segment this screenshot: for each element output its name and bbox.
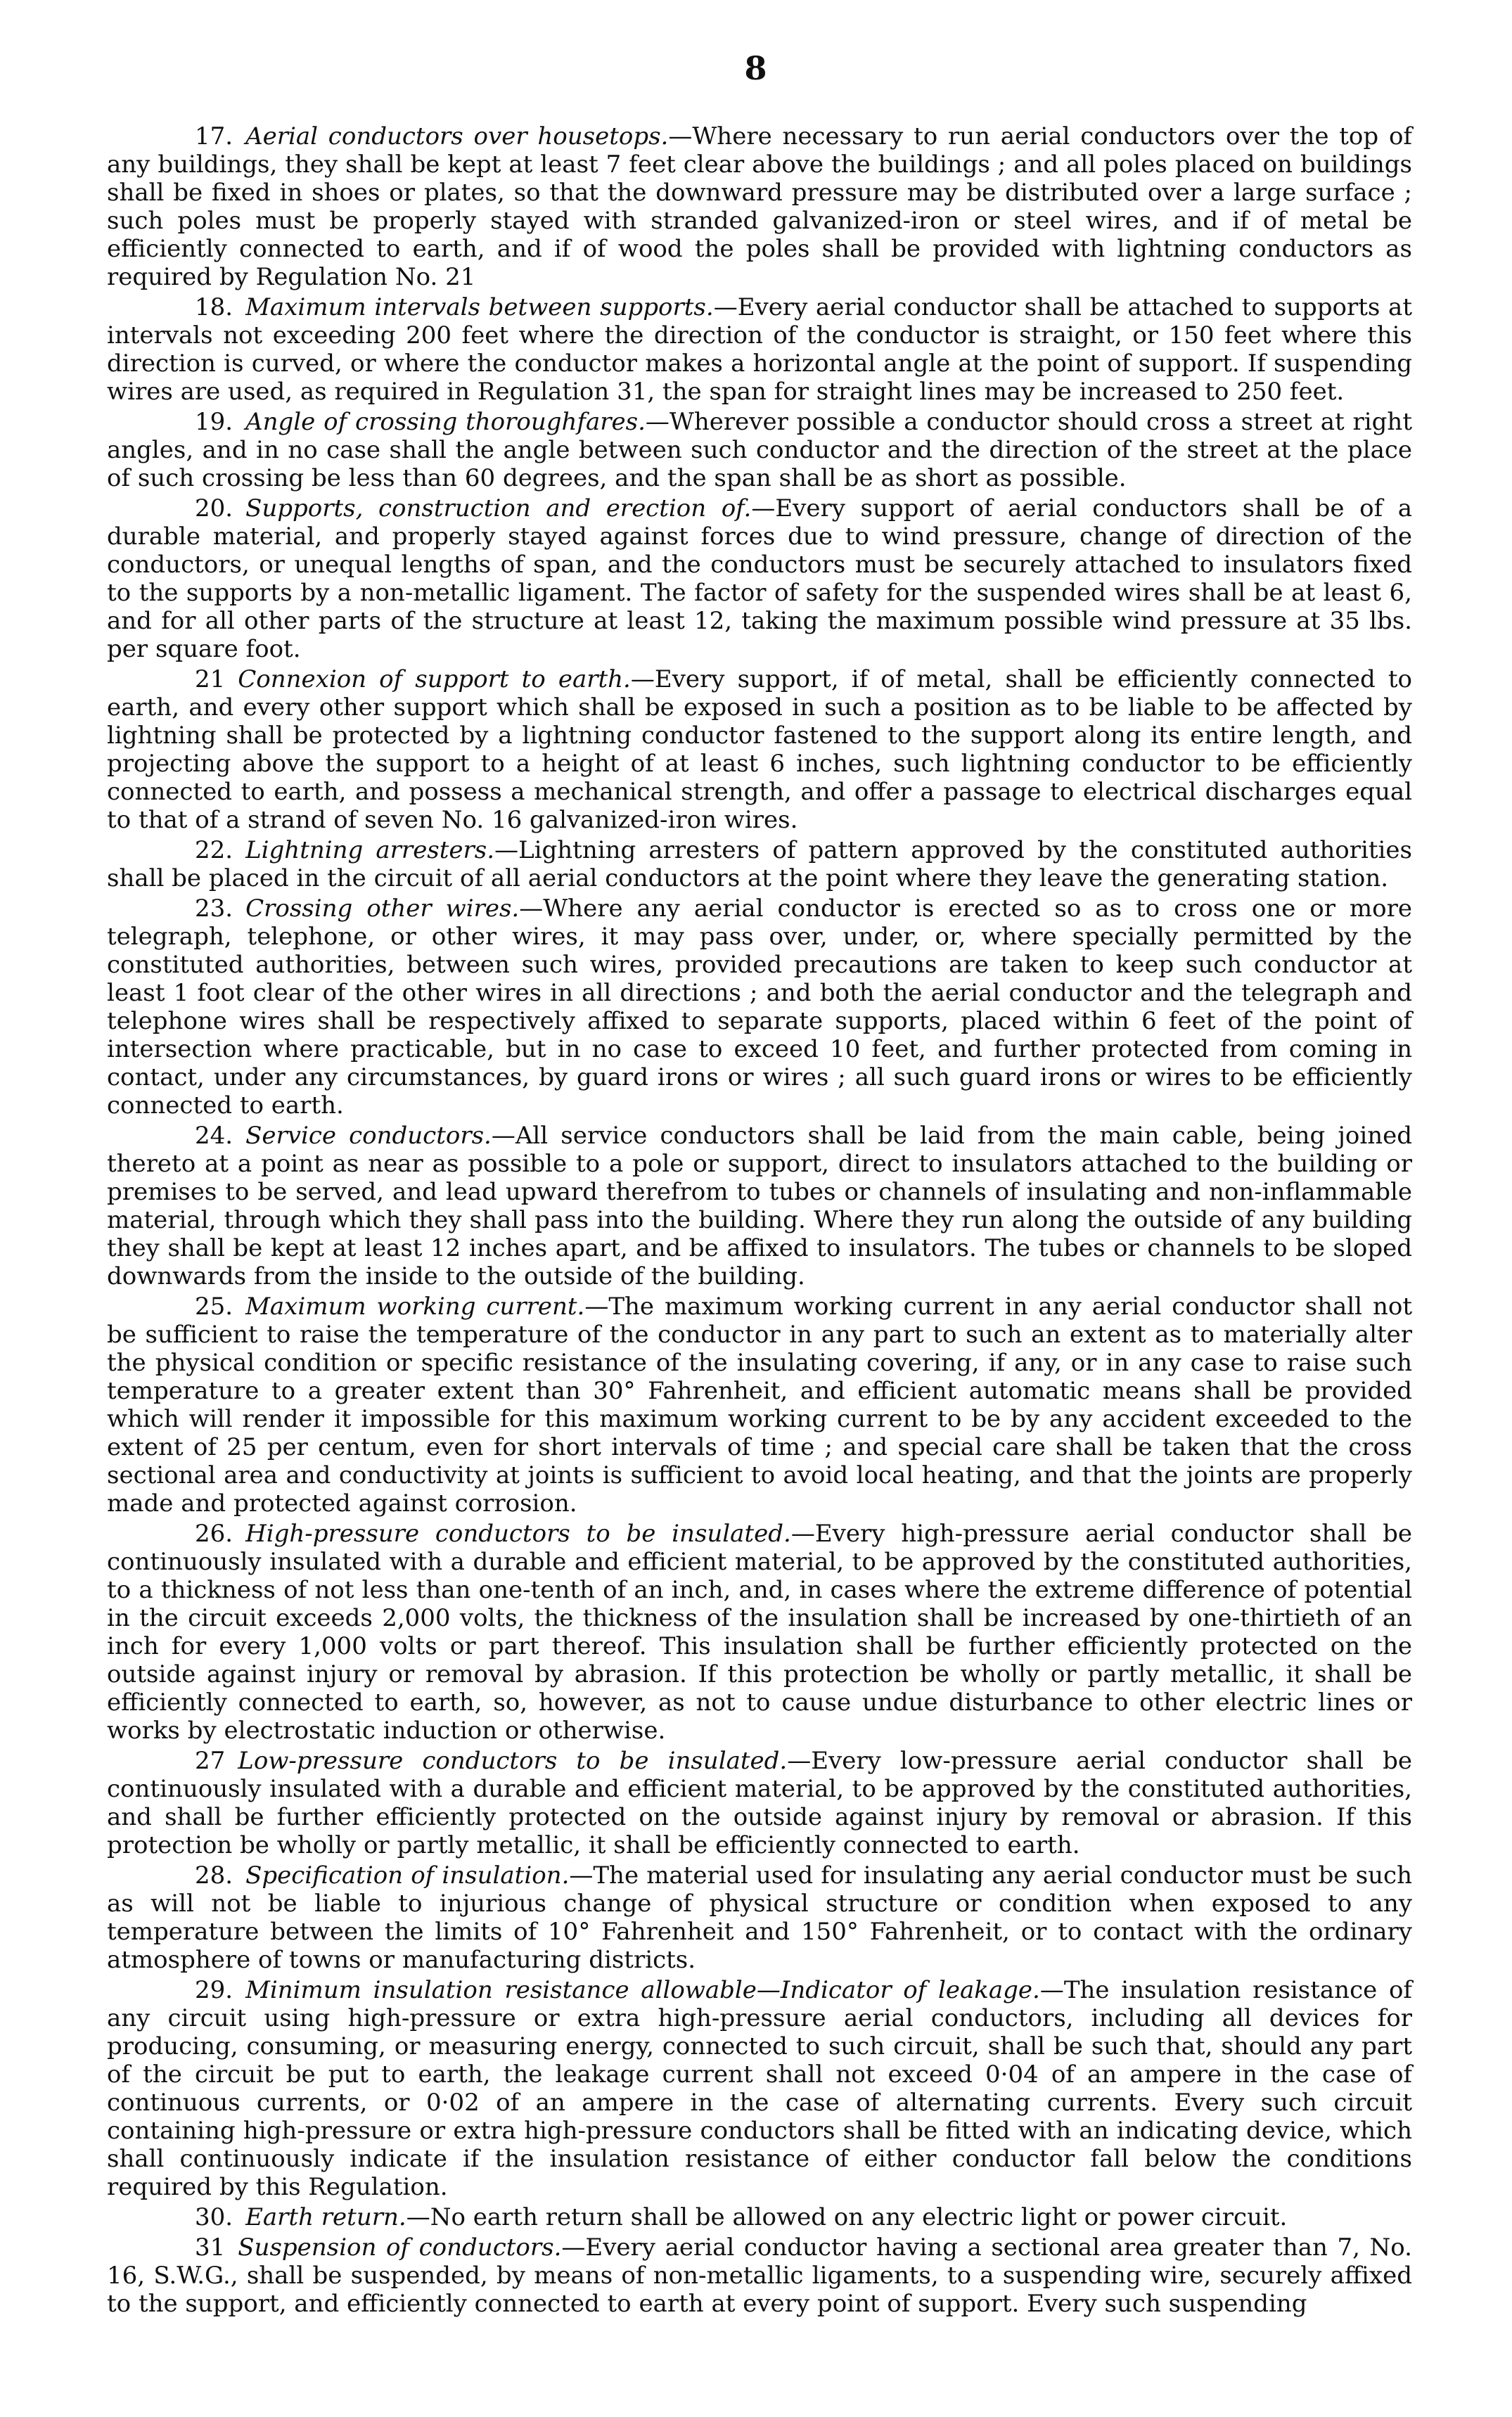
regulation-number: 21 [195, 665, 225, 693]
page-number: 8 [0, 49, 1512, 87]
regulation-17: 17.Aerial conductors over housetops.—Whe… [107, 122, 1412, 291]
regulation-title: Earth return. [245, 2203, 406, 2231]
regulation-title: Supports, construction and erection of. [245, 494, 751, 522]
regulation-number: 18. [195, 293, 233, 321]
regulation-title: Minimum insulation resistance allowable—… [245, 1976, 1040, 2004]
regulation-18: 18.Maximum intervals between supports.—E… [107, 293, 1412, 406]
regulation-title: Service conductors. [245, 1122, 492, 1150]
regulation-title: Crossing other wires. [245, 895, 519, 923]
regulation-title: Specification of insulation. [245, 1861, 569, 1890]
regulations-text: 17.Aerial conductors over housetops.—Whe… [107, 122, 1412, 2318]
regulation-29: 29.Minimum insulation resistance allowab… [107, 1976, 1412, 2201]
regulation-title: Suspension of conductors. [238, 2233, 561, 2262]
regulation-24: 24.Service conductors.—All service condu… [107, 1122, 1412, 1290]
regulation-number: 25. [195, 1293, 233, 1321]
regulation-title: Low-pressure conductors to be insulated. [238, 1747, 787, 1775]
regulation-body: —The insulation resistance of any circui… [107, 1976, 1412, 2201]
regulation-20: 20.Supports, construction and erection o… [107, 494, 1412, 663]
regulation-number: 27 [195, 1747, 225, 1775]
regulation-25: 25.Maximum working current.—The maximum … [107, 1293, 1412, 1518]
regulation-number: 31 [195, 2233, 225, 2262]
regulation-title: Aerial conductors over housetops. [245, 122, 668, 150]
regulation-number: 26. [195, 1520, 233, 1548]
regulation-23: 23.Crossing other wires.—Where any aeria… [107, 895, 1412, 1120]
document-page: 8 17.Aerial conductors over housetops.—W… [0, 0, 1512, 2417]
regulation-28: 28.Specification of insulation.—The mate… [107, 1861, 1412, 1974]
regulation-title: High-pressure conductors to be insulated… [245, 1520, 791, 1548]
regulation-number: 24. [195, 1122, 233, 1150]
regulation-title: Maximum intervals between supports. [245, 293, 714, 321]
regulation-body: —The maximum working current in any aeri… [107, 1293, 1412, 1518]
regulation-title: Maximum working current. [245, 1293, 584, 1321]
regulation-22: 22.Lightning arresters.—Lightning arrest… [107, 836, 1412, 892]
regulation-26: 26.High-pressure conductors to be insula… [107, 1520, 1412, 1745]
regulation-title: Connexion of support to earth. [238, 665, 631, 693]
regulation-number: 30. [195, 2203, 233, 2231]
regulation-title: Angle of crossing thoroughfares. [245, 408, 646, 436]
regulation-number: 28. [195, 1861, 233, 1890]
regulation-27: 27Low-pressure conductors to be insulate… [107, 1747, 1412, 1859]
regulation-number: 23. [195, 895, 233, 923]
regulation-body: —Where any aerial conductor is erected s… [107, 895, 1412, 1120]
regulation-30: 30.Earth return.—No earth return shall b… [107, 2203, 1412, 2231]
regulation-title: Lightning arresters. [245, 836, 494, 864]
regulation-31: 31Suspension of conductors.—Every aerial… [107, 2233, 1412, 2318]
regulation-body: —Every high-pressure aerial conductor sh… [107, 1520, 1412, 1745]
regulation-number: 22. [195, 836, 233, 864]
regulation-21: 21Connexion of support to earth.—Every s… [107, 665, 1412, 834]
regulation-number: 17. [195, 122, 233, 150]
regulation-body: —No earth return shall be allowed on any… [406, 2203, 1288, 2231]
regulation-19: 19.Angle of crossing thoroughfares.—Wher… [107, 408, 1412, 492]
regulation-number: 19. [195, 408, 233, 436]
regulation-number: 29. [195, 1976, 233, 2004]
regulation-number: 20. [195, 494, 233, 522]
